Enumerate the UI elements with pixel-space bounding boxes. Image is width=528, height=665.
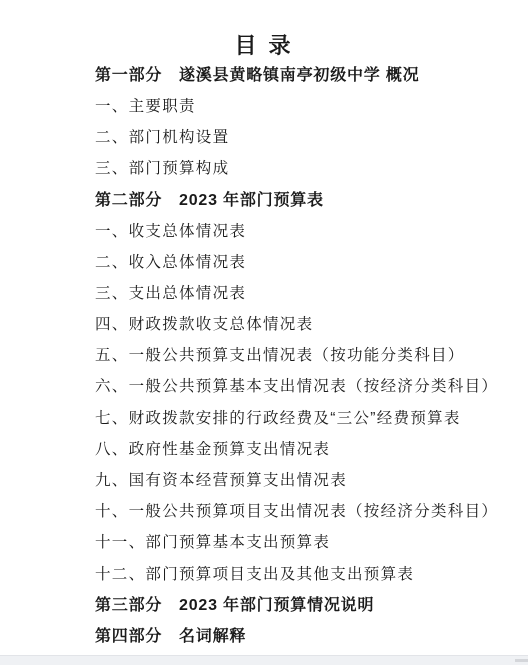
toc-entry: 七、财政拨款安排的行政经费及“三公”经费预算表	[95, 401, 518, 432]
toc-entry: 四、财政拨款收支总体情况表	[95, 308, 518, 339]
toc-entry: 一、收支总体情况表	[95, 214, 518, 245]
horizontal-scrollbar-thumb[interactable]	[515, 659, 528, 662]
toc-entry: 十二、部门预算项目支出及其他支出预算表	[95, 557, 518, 588]
toc-part-heading: 第三部分 2023 年部门预算情况说明	[95, 588, 518, 619]
toc-entry: 三、支出总体情况表	[95, 276, 518, 307]
viewer-bottom-gutter	[0, 655, 528, 665]
toc-part-heading: 第四部分 名词解释	[95, 619, 518, 650]
toc-part-heading: 第一部分 遂溪县黄略镇南亭初级中学 概况	[95, 58, 518, 89]
toc-part-heading: 第二部分 2023 年部门预算表	[95, 183, 518, 214]
toc-entry: 五、一般公共预算支出情况表（按功能分类科目）	[95, 339, 518, 370]
toc-entry: 一、主要职责	[95, 89, 518, 120]
toc-entry: 九、国有资本经营预算支出情况表	[95, 463, 518, 494]
toc-entry: 八、政府性基金预算支出情况表	[95, 432, 518, 463]
table-of-contents: 第一部分 遂溪县黄略镇南亭初级中学 概况一、主要职责二、部门机构设置三、部门预算…	[95, 58, 518, 651]
toc-entry: 十一、部门预算基本支出预算表	[95, 526, 518, 557]
toc-entry: 三、部门预算构成	[95, 152, 518, 183]
toc-entry: 六、一般公共预算基本支出情况表（按经济分类科目）	[95, 370, 518, 401]
toc-entry: 二、部门机构设置	[95, 120, 518, 151]
page-title: 目 录	[0, 29, 528, 60]
toc-entry: 十、一般公共预算项目支出情况表（按经济分类科目）	[95, 495, 518, 526]
toc-entry: 二、收入总体情况表	[95, 245, 518, 276]
